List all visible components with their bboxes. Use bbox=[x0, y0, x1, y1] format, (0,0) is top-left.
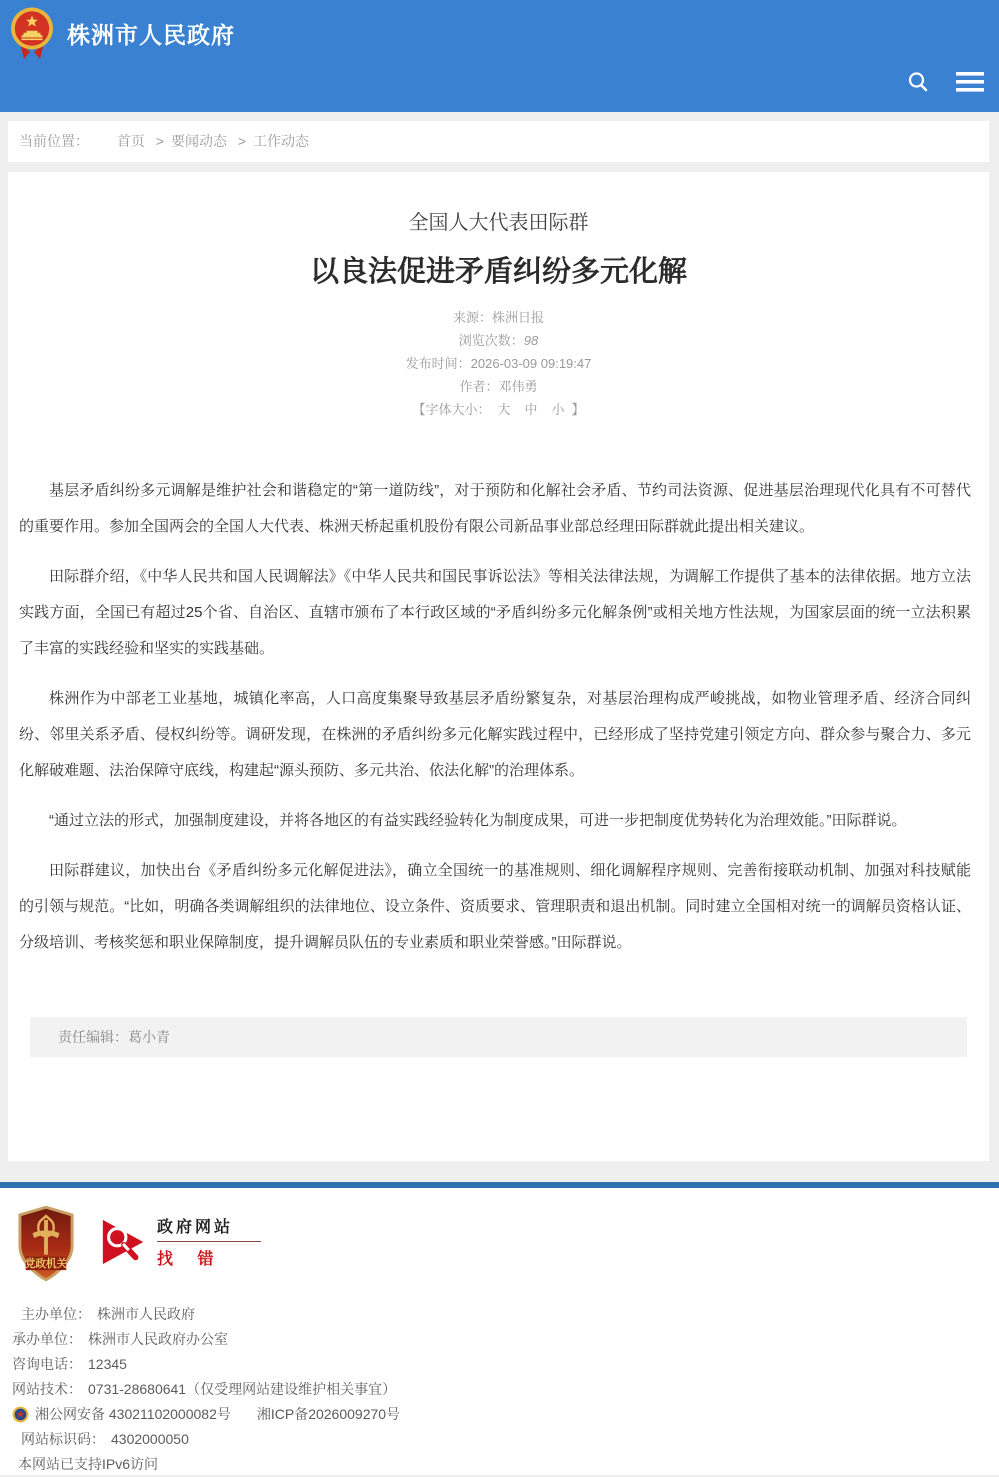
site-header: 株洲市人民政府 bbox=[0, 0, 999, 112]
article-title: 以良法促进矛盾纠纷多元化解 bbox=[8, 252, 989, 292]
breadcrumb-separator: > bbox=[238, 133, 246, 149]
footer-line-label: 网站标识码： bbox=[21, 1431, 105, 1447]
footer-security-line: 湘公网安备 43021102000082号 湘ICP备2026009270号 bbox=[12, 1402, 999, 1427]
editor-label: 责任编辑： bbox=[58, 1029, 128, 1045]
article-paragraph: 田际群建议，加快出台《矛盾纠纷多元化解促进法》，确立全国统一的基准规则、细化调解… bbox=[19, 853, 971, 961]
footer-info: 主办单位：株洲市人民政府 承办单位：株洲市人民政府办公室 咨询电话：12345 … bbox=[12, 1302, 999, 1477]
breadcrumb: 当前位置： 首页 >要闻动态 >工作动态 bbox=[8, 121, 989, 162]
security-filing-link[interactable]: 湘公网安备 43021102000082号 bbox=[35, 1402, 231, 1427]
meta-publish-value: 2026-03-09 09:19:47 bbox=[471, 356, 592, 371]
search-icon[interactable] bbox=[903, 68, 933, 96]
meta-author: 作者：邓伟勇 bbox=[8, 375, 989, 398]
article-paragraph: “通过立法的形式，加强制度建设，并将各地区的有益实践经验转化为制度成果，可进一步… bbox=[19, 803, 971, 839]
error-logo-line2: 找 错 bbox=[157, 1246, 261, 1269]
footer-line-label: 咨询电话： bbox=[12, 1356, 82, 1372]
breadcrumb-items: 首页 >要闻动态 >工作动态 bbox=[99, 133, 309, 149]
footer-line-value: 4302000050 bbox=[111, 1431, 189, 1447]
footer-bottom-line: 本网站已支持IPv6访问 bbox=[12, 1452, 999, 1477]
footer-line-label: 网站技术： bbox=[12, 1381, 82, 1397]
article-body: 基层矛盾纠纷多元调解是维护社会和谐稳定的“第一道防线”，对于预防和化解社会矛盾、… bbox=[8, 473, 989, 961]
error-logo-rule bbox=[157, 1241, 261, 1242]
footer-line-value: 0731-28680641（仅受理网站建设维护相关事宜） bbox=[88, 1381, 396, 1397]
footer-info-line: 主办单位：株洲市人民政府 bbox=[12, 1302, 999, 1327]
footer-bottom-lines: 网站标识码：4302000050 本网站已支持IPv6访问 bbox=[12, 1427, 999, 1477]
icp-filing-link[interactable]: 湘ICP备2026009270号 bbox=[257, 1402, 400, 1427]
footer-bottom-line: 网站标识码：4302000050 bbox=[12, 1427, 999, 1452]
footer-info-line: 网站技术：0731-28680641（仅受理网站建设维护相关事宜） bbox=[12, 1377, 999, 1402]
article-subtitle: 全国人大代表田际群 bbox=[8, 208, 989, 238]
article-paragraph: 株洲作为中部老工业基地，城镇化率高，人口高度集聚导致基层矛盾纷繁复杂，对基层治理… bbox=[19, 681, 971, 789]
meta-author-label: 作者： bbox=[459, 379, 498, 394]
meta-source: 来源：株洲日报 bbox=[8, 306, 989, 329]
error-logo-line1: 政府网站 bbox=[157, 1214, 261, 1241]
header-actions bbox=[903, 68, 985, 96]
font-size-switcher: 【字体大小：大中小】 bbox=[8, 398, 989, 421]
footer-info-lines: 主办单位：株洲市人民政府 承办单位：株洲市人民政府办公室 咨询电话：12345 … bbox=[12, 1302, 999, 1402]
meta-publish-time: 发布时间：2026-03-09 09:19:47 bbox=[8, 352, 989, 375]
footer-line-value: 株洲市人民政府办公室 bbox=[88, 1331, 228, 1347]
site-error-report-logo[interactable]: 政府网站 找 错 bbox=[99, 1214, 261, 1269]
breadcrumb-link[interactable]: 要闻动态 bbox=[171, 133, 227, 149]
meta-views-label: 浏览次数： bbox=[459, 333, 524, 348]
font-size-suffix: 】 bbox=[572, 402, 585, 417]
police-badge-icon bbox=[12, 1406, 29, 1423]
national-emblem-icon bbox=[9, 7, 55, 60]
breadcrumb-separator: > bbox=[156, 133, 164, 149]
menu-icon[interactable] bbox=[955, 68, 985, 96]
meta-source-label: 来源： bbox=[453, 310, 492, 325]
meta-source-value: 株洲日报 bbox=[492, 310, 544, 325]
site-footer: 党政机关 政府网站 找 错 主办单位：株洲市人民政府 承办单位：株洲市人民政府办… bbox=[0, 1188, 999, 1475]
article-paragraph: 田际群介绍，《中华人民共和国人民调解法》《中华人民共和国民事诉讼法》等相关法律法… bbox=[19, 559, 971, 667]
footer-line-value: 株洲市人民政府 bbox=[97, 1306, 195, 1322]
font-size-option[interactable]: 大 bbox=[497, 402, 510, 417]
font-size-options: 大中小 bbox=[490, 402, 571, 417]
footer-info-line: 承办单位：株洲市人民政府办公室 bbox=[12, 1327, 999, 1352]
font-size-prefix: 【字体大小： bbox=[412, 402, 490, 417]
meta-publish-label: 发布时间： bbox=[406, 356, 471, 371]
breadcrumb-link[interactable]: 首页 bbox=[117, 133, 145, 149]
article-meta: 来源：株洲日报 浏览次数：98 发布时间：2026-03-09 09:19:47… bbox=[8, 306, 989, 421]
editor-name: 葛小青 bbox=[128, 1029, 170, 1045]
footer-info-line: 咨询电话：12345 bbox=[12, 1352, 999, 1377]
meta-views-value: 98 bbox=[524, 333, 538, 348]
editor-bar: 责任编辑：葛小青 bbox=[30, 1017, 967, 1057]
article-paragraph: 基层矛盾纠纷多元调解是维护社会和谐稳定的“第一道防线”，对于预防和化解社会矛盾、… bbox=[19, 473, 971, 545]
breadcrumb-label: 当前位置： bbox=[19, 133, 89, 149]
footer-line-value: 12345 bbox=[88, 1356, 127, 1372]
party-badge-label: 党政机关 bbox=[25, 1257, 68, 1270]
site-title: 株洲市人民政府 bbox=[67, 17, 235, 50]
footer-logos: 党政机关 政府网站 找 错 bbox=[12, 1204, 999, 1290]
font-size-option[interactable]: 中 bbox=[524, 402, 537, 417]
meta-views: 浏览次数：98 bbox=[8, 329, 989, 352]
party-government-badge-icon[interactable]: 党政机关 bbox=[17, 1206, 75, 1282]
error-logo-text: 政府网站 找 错 bbox=[157, 1214, 261, 1269]
site-brand[interactable]: 株洲市人民政府 bbox=[9, 7, 235, 60]
breadcrumb-link[interactable]: 工作动态 bbox=[253, 133, 309, 149]
meta-author-value: 邓伟勇 bbox=[499, 379, 538, 394]
footer-gap bbox=[0, 1161, 999, 1182]
font-size-option[interactable]: 小 bbox=[552, 402, 565, 417]
error-magnifier-icon bbox=[99, 1217, 149, 1267]
article-card: 全国人大代表田际群 以良法促进矛盾纠纷多元化解 来源：株洲日报 浏览次数：98 … bbox=[8, 172, 989, 1161]
footer-line-label: 主办单位： bbox=[21, 1306, 91, 1322]
footer-line-label: 承办单位： bbox=[12, 1331, 82, 1347]
footer-line-value: 本网站已支持IPv6访问 bbox=[18, 1456, 158, 1472]
